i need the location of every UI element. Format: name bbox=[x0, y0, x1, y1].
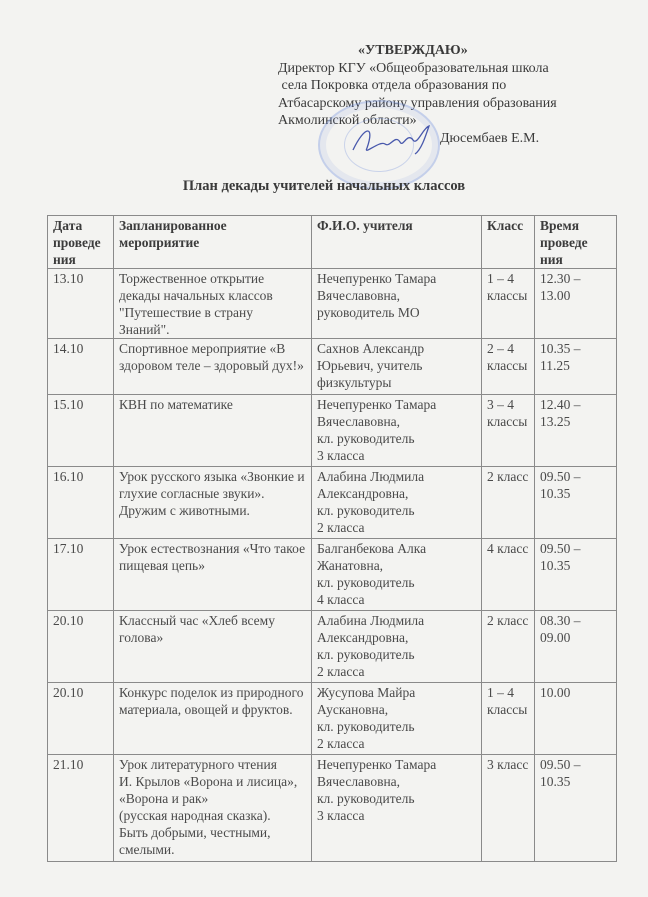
cell-time: 12.30 – 13.00 bbox=[535, 269, 617, 339]
table-row: 21.10Урок литературного чтения И. Крылов… bbox=[48, 755, 617, 862]
cell-date: 13.10 bbox=[48, 269, 114, 339]
cell-date: 14.10 bbox=[48, 339, 114, 395]
cell-time: 09.50 – 10.35 bbox=[535, 539, 617, 611]
cell-time: 10.00 bbox=[535, 683, 617, 755]
cell-event: Классный час «Хлеб всему голова» bbox=[114, 611, 312, 683]
table-row: 15.10КВН по математикеНечепуренко Тамара… bbox=[48, 395, 617, 467]
table-row: 17.10Урок естествознания «Что такое пище… bbox=[48, 539, 617, 611]
cell-event: Урок русского языка «Звонкие и глухие со… bbox=[114, 467, 312, 539]
cell-teacher: Алабина Людмила Александровна, кл. руков… bbox=[312, 611, 482, 683]
table-header-row: Дата проведе ния Запланированное меропри… bbox=[48, 216, 617, 269]
cell-date: 17.10 bbox=[48, 539, 114, 611]
table-row: 20.10Классный час «Хлеб всему голова»Ала… bbox=[48, 611, 617, 683]
cell-grade: 2 – 4 классы bbox=[482, 339, 535, 395]
cell-event: КВН по математике bbox=[114, 395, 312, 467]
header-teacher: Ф.И.О. учителя bbox=[312, 216, 482, 269]
approval-line: села Покровка отдела образования по bbox=[278, 77, 618, 95]
cell-event: Урок литературного чтения И. Крылов «Вор… bbox=[114, 755, 312, 862]
cell-teacher: Сахнов Александр Юрьевич, учитель физкул… bbox=[312, 339, 482, 395]
table-row: 13.10Торжественное открытие декады начал… bbox=[48, 269, 617, 339]
approval-line: Директор КГУ «Общеобразовательная школа bbox=[278, 60, 618, 78]
header-date: Дата проведе ния bbox=[48, 216, 114, 269]
cell-date: 16.10 bbox=[48, 467, 114, 539]
cell-date: 21.10 bbox=[48, 755, 114, 862]
cell-event: Торжественное открытие декады начальных … bbox=[114, 269, 312, 339]
cell-teacher: Нечепуренко Тамара Вячеславовна, кл. рук… bbox=[312, 395, 482, 467]
cell-teacher: Нечепуренко Тамара Вячеславовна, кл. рук… bbox=[312, 755, 482, 862]
table-row: 20.10Конкурс поделок из природного матер… bbox=[48, 683, 617, 755]
cell-grade: 3 – 4 классы bbox=[482, 395, 535, 467]
table-row: 14.10Спортивное мероприятие «В здоровом … bbox=[48, 339, 617, 395]
approval-heading: «УТВЕРЖДАЮ» bbox=[278, 42, 618, 60]
cell-grade: 1 – 4 классы bbox=[482, 683, 535, 755]
header-event: Запланированное мероприятие bbox=[114, 216, 312, 269]
cell-teacher: Алабина Людмила Александровна, кл. руков… bbox=[312, 467, 482, 539]
cell-event: Урок естествознания «Что такое пищевая ц… bbox=[114, 539, 312, 611]
cell-date: 20.10 bbox=[48, 611, 114, 683]
cell-date: 15.10 bbox=[48, 395, 114, 467]
approval-line: Атбасарскому району управления образован… bbox=[278, 95, 618, 113]
signature-icon bbox=[345, 120, 445, 160]
cell-teacher: Балганбекова Алка Жанатовна, кл. руковод… bbox=[312, 539, 482, 611]
cell-time: 10.35 – 11.25 bbox=[535, 339, 617, 395]
cell-event: Конкурс поделок из природного материала,… bbox=[114, 683, 312, 755]
table-row: 16.10Урок русского языка «Звонкие и глух… bbox=[48, 467, 617, 539]
cell-time: 09.50 – 10.35 bbox=[535, 467, 617, 539]
cell-teacher: Жусупова Майра Аускановна, кл. руководит… bbox=[312, 683, 482, 755]
cell-grade: 1 – 4 классы bbox=[482, 269, 535, 339]
cell-time: 08.30 – 09.00 bbox=[535, 611, 617, 683]
cell-date: 20.10 bbox=[48, 683, 114, 755]
cell-time: 09.50 – 10.35 bbox=[535, 755, 617, 862]
cell-grade: 4 класс bbox=[482, 539, 535, 611]
cell-teacher: Нечепуренко Тамара Вячеславовна, руковод… bbox=[312, 269, 482, 339]
cell-grade: 2 класс bbox=[482, 611, 535, 683]
cell-time: 12.40 – 13.25 bbox=[535, 395, 617, 467]
plan-table: Дата проведе ния Запланированное меропри… bbox=[47, 215, 617, 862]
cell-grade: 2 класс bbox=[482, 467, 535, 539]
document-title: План декады учителей начальных классов bbox=[0, 178, 648, 195]
cell-grade: 3 класс bbox=[482, 755, 535, 862]
header-grade: Класс bbox=[482, 216, 535, 269]
header-time: Время проведе ния bbox=[535, 216, 617, 269]
cell-event: Спортивное мероприятие «В здоровом теле … bbox=[114, 339, 312, 395]
